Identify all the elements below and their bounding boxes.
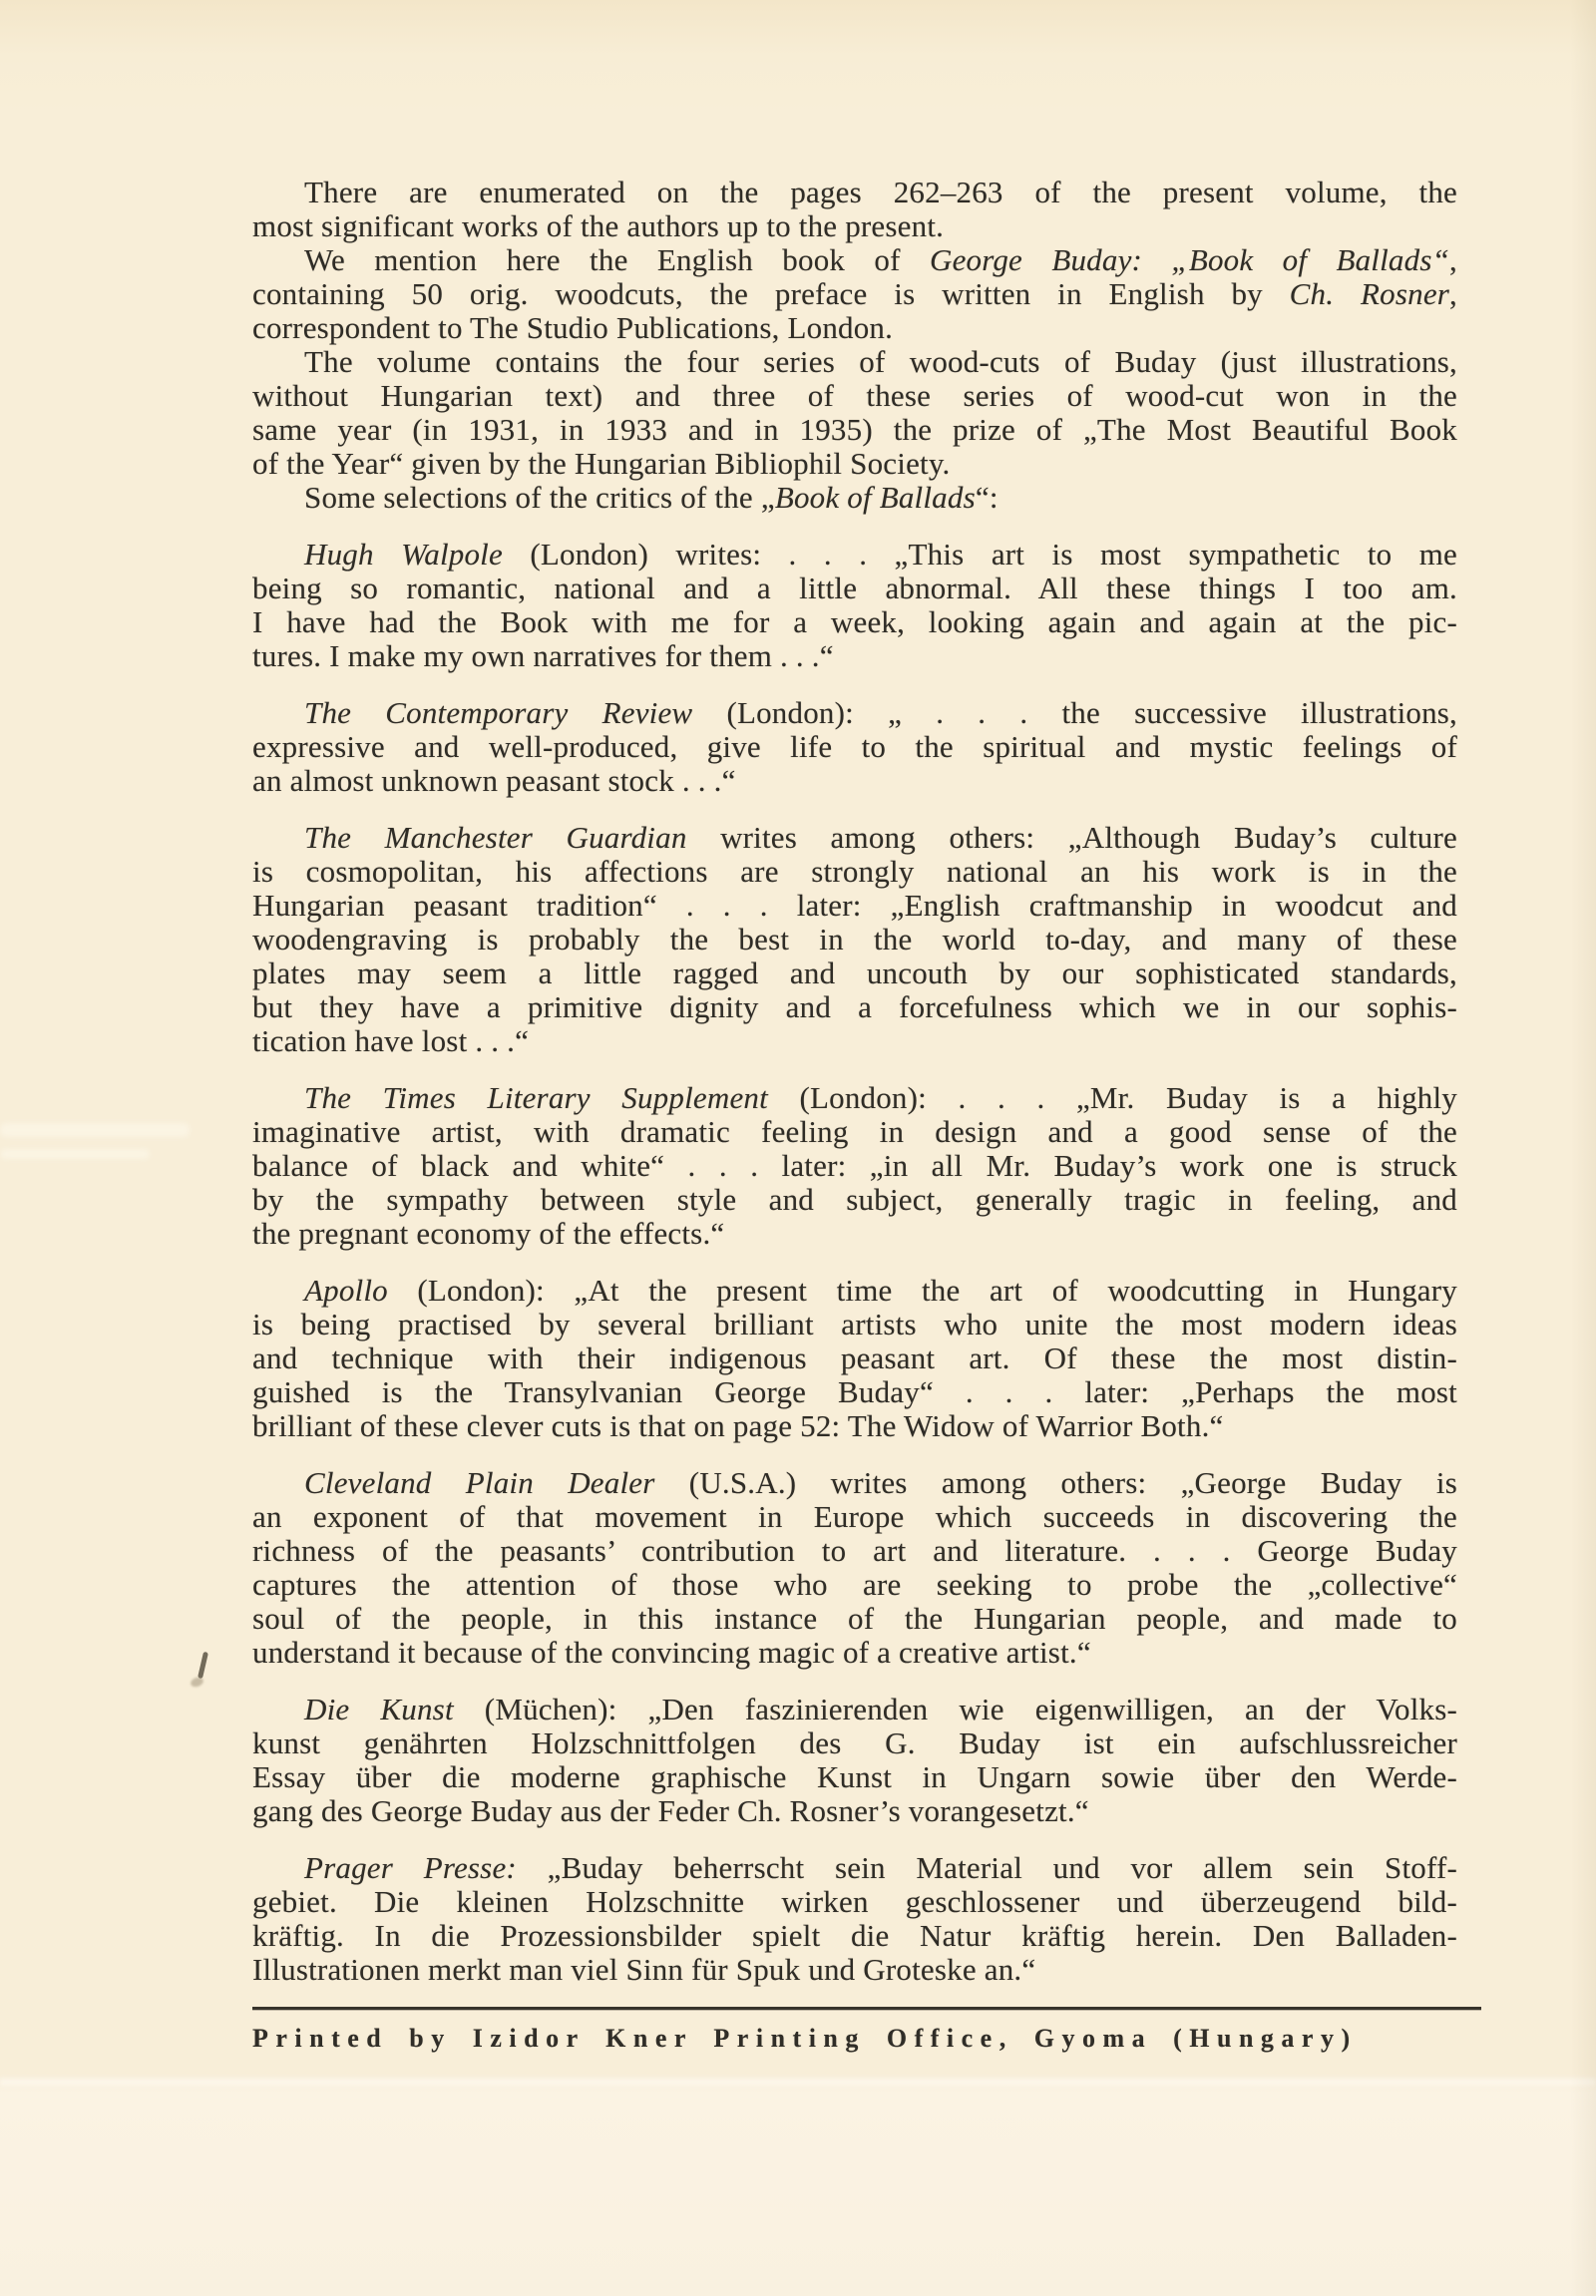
text-line: by the sympathy between style and subjec… <box>252 1183 1457 1217</box>
text-line: containing 50 orig. woodcuts, the prefac… <box>252 277 1457 311</box>
paragraph: Apollo (London): „At the present time th… <box>252 1274 1457 1443</box>
text-line: kunst genährten Holzschnittfolgen des G.… <box>252 1726 1457 1760</box>
text-line: tication have lost . . .“ <box>252 1024 1457 1058</box>
text-line: guished is the Transylvanian George Buda… <box>252 1375 1457 1409</box>
text-line: gang des George Buday aus der Feder Ch. … <box>252 1794 1457 1828</box>
text-line: without Hungarian text) and three of the… <box>252 379 1457 413</box>
text-line: is being practised by several brilliant … <box>252 1308 1457 1341</box>
text-line: an almost unknown peasant stock . . .“ <box>252 764 1457 798</box>
printer-credit-line: Printed by Izidor Kner Printing Office, … <box>252 2024 1509 2054</box>
text-line: plates may seem a little ragged and unco… <box>252 957 1457 990</box>
paper-crease <box>0 2079 1596 2086</box>
text-line: balance of black and white“ . . . later:… <box>252 1149 1457 1183</box>
text-line: Cleveland Plain Dealer (U.S.A.) writes a… <box>252 1466 1457 1500</box>
text-line: soul of the people, in this instance of … <box>252 1602 1457 1636</box>
stray-ink-smudge <box>190 1676 204 1689</box>
text-line: tures. I make my own narratives for them… <box>252 639 1457 673</box>
text-line: Prager Presse: „Buday beherrscht sein Ma… <box>252 1851 1457 1885</box>
text-line: richness of the peasants’ contribution t… <box>252 1534 1457 1568</box>
text-line: kräftig. In die Prozessionsbilder spielt… <box>252 1919 1457 1953</box>
text-line: gebiet. Die kleinen Holzschnitte wirken … <box>252 1885 1457 1919</box>
scanned-book-page: There are enumerated on the pages 262–26… <box>0 0 1596 2296</box>
text-line: imaginative artist, with dramatic feelin… <box>252 1115 1457 1149</box>
text-line: expressive and well-produced, give life … <box>252 730 1457 764</box>
stray-ink-mark <box>198 1652 208 1679</box>
text-line: woodengraving is probably the best in th… <box>252 923 1457 957</box>
text-line: Die Kunst (Müchen): „Den faszinierenden … <box>252 1693 1457 1726</box>
paragraph: The volume contains the four series of w… <box>252 345 1457 481</box>
text-line: being so romantic, national and a little… <box>252 572 1457 605</box>
text-line: Hugh Walpole (London) writes: . . . „Thi… <box>252 538 1457 572</box>
text-line: There are enumerated on the pages 262–26… <box>252 176 1457 209</box>
text-line: We mention here the English book of Geor… <box>252 243 1457 277</box>
paragraph: There are enumerated on the pages 262–26… <box>252 176 1457 243</box>
paragraph: Cleveland Plain Dealer (U.S.A.) writes a… <box>252 1466 1457 1670</box>
text-line: The Times Literary Supplement (London): … <box>252 1081 1457 1115</box>
paper-scan-streak <box>0 1149 150 1159</box>
text-line: Essay über die moderne graphische Kunst … <box>252 1760 1457 1794</box>
paper-scan-streak <box>0 1123 190 1137</box>
page-edge-shading <box>1570 0 1596 2296</box>
paragraph: The Contemporary Review (London): „ . . … <box>252 696 1457 798</box>
text-line: of the Year“ given by the Hungarian Bibl… <box>252 447 1457 481</box>
text-line: Apollo (London): „At the present time th… <box>252 1274 1457 1308</box>
paragraph: Die Kunst (Müchen): „Den faszinierenden … <box>252 1693 1457 1828</box>
body-text: There are enumerated on the pages 262–26… <box>252 176 1457 1987</box>
text-line: an exponent of that movement in Europe w… <box>252 1500 1457 1534</box>
paragraph: We mention here the English book of Geor… <box>252 243 1457 345</box>
text-line: captures the attention of those who are … <box>252 1568 1457 1602</box>
text-line: The volume contains the four series of w… <box>252 345 1457 379</box>
text-line: but they have a primitive dignity and a … <box>252 990 1457 1024</box>
paragraph: Prager Presse: „Buday beherrscht sein Ma… <box>252 1851 1457 1987</box>
paragraph: Some selections of the critics of the „B… <box>252 481 1457 515</box>
text-line: and technique with their indigenous peas… <box>252 1341 1457 1375</box>
text-line: the pregnant economy of the effects.“ <box>252 1217 1457 1251</box>
text-line: brilliant of these clever cuts is that o… <box>252 1409 1457 1443</box>
footer-rule <box>252 2007 1481 2010</box>
text-line: is cosmopolitan, his affections are stro… <box>252 855 1457 889</box>
paragraph: Hugh Walpole (London) writes: . . . „Thi… <box>252 538 1457 673</box>
text-line: I have had the Book with me for a week, … <box>252 605 1457 639</box>
text-line: correspondent to The Studio Publications… <box>252 311 1457 345</box>
text-line: same year (in 1931, in 1933 and in 1935)… <box>252 413 1457 447</box>
text-line: The Contemporary Review (London): „ . . … <box>252 696 1457 730</box>
paragraph: The Manchester Guardian writes among oth… <box>252 821 1457 1058</box>
text-line: Illustrationen merkt man viel Sinn für S… <box>252 1953 1457 1987</box>
text-line: The Manchester Guardian writes among oth… <box>252 821 1457 855</box>
paragraph: The Times Literary Supplement (London): … <box>252 1081 1457 1251</box>
text-line: understand it because of the convincing … <box>252 1636 1457 1670</box>
text-line: most significant works of the authors up… <box>252 209 1457 243</box>
text-line: Hungarian peasant tradition“ . . . later… <box>252 889 1457 923</box>
text-line: Some selections of the critics of the „B… <box>252 481 1457 515</box>
